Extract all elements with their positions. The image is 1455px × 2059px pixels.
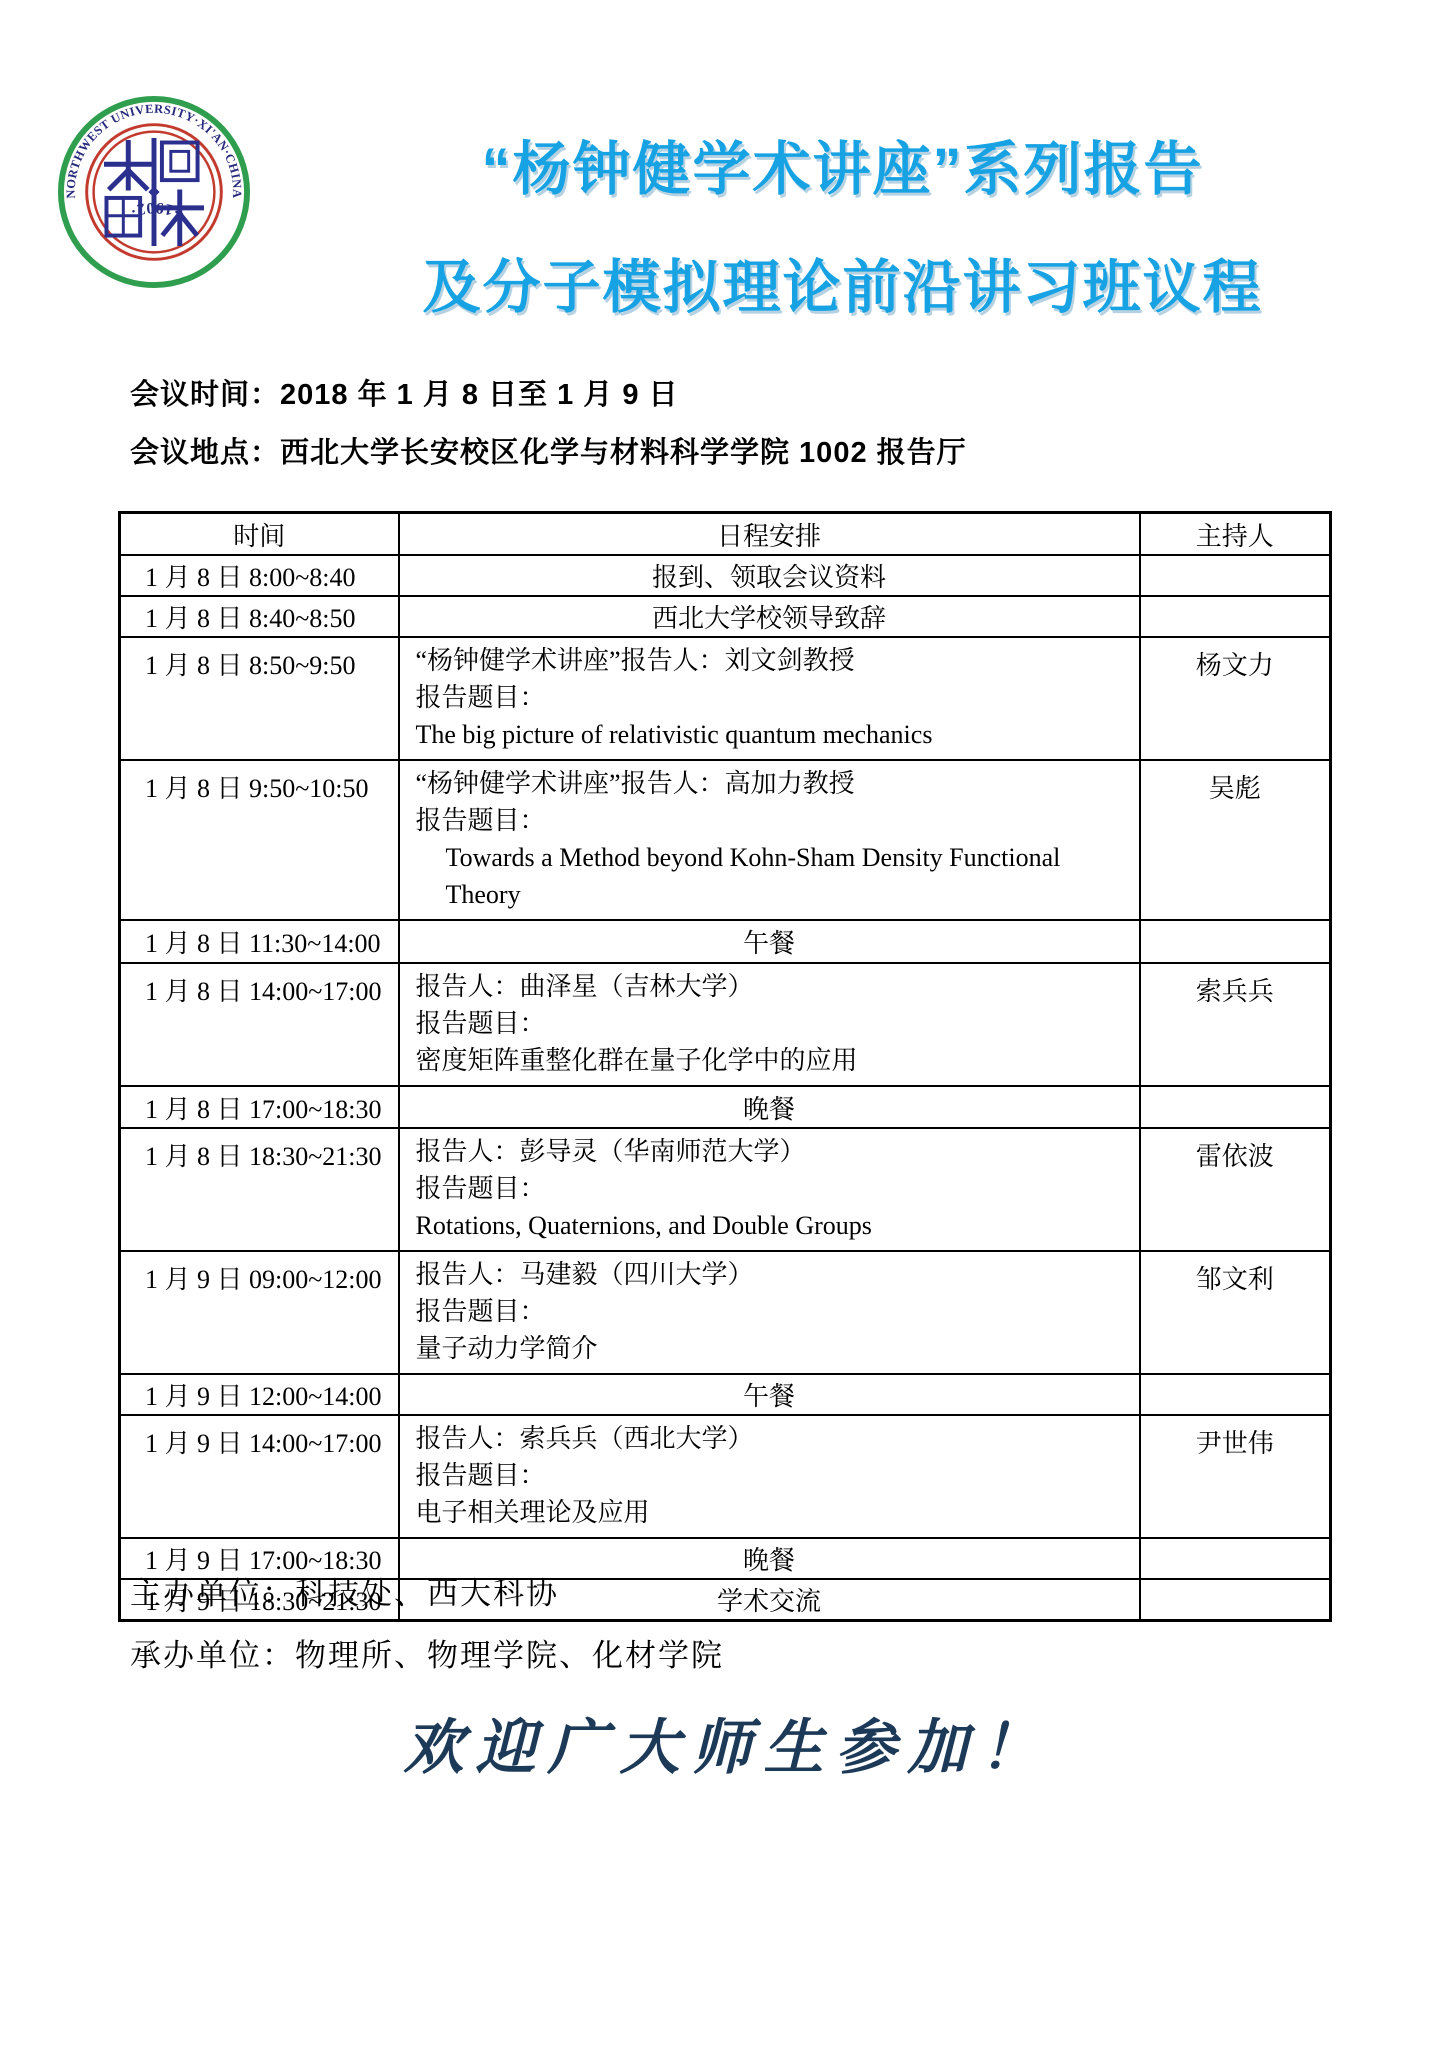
talk-speaker-line: 报告人：马建毅（四川大学） bbox=[416, 1256, 1129, 1293]
talk-title-label: 报告题目： bbox=[416, 679, 1129, 716]
talk-title-label: 报告题目： bbox=[416, 802, 1129, 839]
time-cell: 1 月 9 日 14:00~17:00 bbox=[120, 1415, 399, 1538]
agenda-cell: 报到、领取会议资料 bbox=[399, 555, 1140, 596]
talk-speaker-line: “杨钟健学术讲座”报告人：高加力教授 bbox=[416, 765, 1129, 802]
agenda-cell: “杨钟健学术讲座”报告人：刘文剑教授 报告题目： The big picture… bbox=[399, 637, 1140, 760]
header-moderator: 主持人 bbox=[1140, 513, 1331, 556]
table-row: 1 月 9 日 12:00~14:00 午餐 bbox=[120, 1374, 1331, 1415]
talk-speaker-line: 报告人：曲泽星（吉林大学） bbox=[416, 968, 1129, 1005]
moderator-cell bbox=[1140, 1374, 1331, 1415]
time-cell: 1 月 8 日 8:50~9:50 bbox=[120, 637, 399, 760]
talk-title-text: 电子相关理论及应用 bbox=[416, 1494, 1129, 1531]
time-cell: 1 月 8 日 17:00~18:30 bbox=[120, 1086, 399, 1128]
moderator-cell bbox=[1140, 1538, 1331, 1579]
table-row: 1 月 8 日 8:00~8:40 报到、领取会议资料 bbox=[120, 555, 1331, 596]
table-row: 1 月 9 日 09:00~12:00 报告人：马建毅（四川大学） 报告题目： … bbox=[120, 1251, 1331, 1374]
time-cell: 1 月 8 日 11:30~14:00 bbox=[120, 920, 399, 963]
moderator-cell bbox=[1140, 596, 1331, 637]
table-header-row: 时间 日程安排 主持人 bbox=[120, 513, 1331, 556]
talk-speaker-line: 报告人：彭导灵（华南师范大学） bbox=[416, 1133, 1129, 1170]
agenda-document-page: NORTHWEST UNIVERSITY·XI'AN·CHINA ·1902· bbox=[0, 0, 1455, 2059]
moderator-cell: 尹世伟 bbox=[1140, 1415, 1331, 1538]
talk-title-label: 报告题目： bbox=[416, 1005, 1129, 1042]
time-cell: 1 月 9 日 09:00~12:00 bbox=[120, 1251, 399, 1374]
time-cell: 1 月 8 日 8:40~8:50 bbox=[120, 596, 399, 637]
table-row: 1 月 8 日 18:30~21:30 报告人：彭导灵（华南师范大学） 报告题目… bbox=[120, 1128, 1331, 1251]
talk-title-text: Rotations, Quaternions, and Double Group… bbox=[416, 1207, 1129, 1244]
time-cell: 1 月 9 日 17:00~18:30 bbox=[120, 1538, 399, 1579]
agenda-cell: 午餐 bbox=[399, 1374, 1140, 1415]
title-line-2: 及分子模拟理论前沿讲习班议程 bbox=[290, 256, 1395, 320]
table-row: 1 月 8 日 9:50~10:50 “杨钟健学术讲座”报告人：高加力教授 报告… bbox=[120, 760, 1331, 920]
agenda-cell: 西北大学校领导致辞 bbox=[399, 596, 1140, 637]
table-row: 1 月 9 日 14:00~17:00 报告人：索兵兵（西北大学） 报告题目： … bbox=[120, 1415, 1331, 1538]
moderator-cell: 吴彪 bbox=[1140, 760, 1331, 920]
talk-title-text: Towards a Method beyond Kohn-Sham Densit… bbox=[416, 839, 1129, 913]
moderator-cell: 邹文利 bbox=[1140, 1251, 1331, 1374]
schedule-table: 时间 日程安排 主持人 1 月 8 日 8:00~8:40 报到、领取会议资料 … bbox=[118, 511, 1332, 1622]
talk-title-label: 报告题目： bbox=[416, 1170, 1129, 1207]
table-row: 1 月 8 日 14:00~17:00 报告人：曲泽星（吉林大学） 报告题目： … bbox=[120, 963, 1331, 1086]
time-cell: 1 月 8 日 8:00~8:40 bbox=[120, 555, 399, 596]
agenda-cell: 报告人：马建毅（四川大学） 报告题目： 量子动力学简介 bbox=[399, 1251, 1140, 1374]
agenda-cell: 晚餐 bbox=[399, 1538, 1140, 1579]
moderator-cell bbox=[1140, 920, 1331, 963]
organizer-line: 主办单位：科技处、西大科协 bbox=[130, 1576, 559, 1612]
header-time: 时间 bbox=[120, 513, 399, 556]
undertaker-line: 承办单位：物理所、物理学院、化材学院 bbox=[130, 1638, 724, 1674]
welcome-calligraphy: 欢迎广大师生参加！ bbox=[0, 1700, 1455, 1786]
table-row: 1 月 8 日 8:50~9:50 “杨钟健学术讲座”报告人：刘文剑教授 报告题… bbox=[120, 637, 1331, 760]
agenda-cell: 报告人：索兵兵（西北大学） 报告题目： 电子相关理论及应用 bbox=[399, 1415, 1140, 1538]
agenda-cell: 晚餐 bbox=[399, 1086, 1140, 1128]
time-cell: 1 月 8 日 14:00~17:00 bbox=[120, 963, 399, 1086]
moderator-cell: 雷依波 bbox=[1140, 1128, 1331, 1251]
time-cell: 1 月 9 日 12:00~14:00 bbox=[120, 1374, 399, 1415]
talk-title-text: 密度矩阵重整化群在量子化学中的应用 bbox=[416, 1042, 1129, 1079]
time-cell: 1 月 8 日 9:50~10:50 bbox=[120, 760, 399, 920]
talk-title-label: 报告题目： bbox=[416, 1457, 1129, 1494]
talk-speaker-line: “杨钟健学术讲座”报告人：刘文剑教授 bbox=[416, 642, 1129, 679]
moderator-cell bbox=[1140, 1579, 1331, 1621]
header-agenda: 日程安排 bbox=[399, 513, 1140, 556]
moderator-cell bbox=[1140, 1086, 1331, 1128]
moderator-cell: 杨文力 bbox=[1140, 637, 1331, 760]
agenda-cell: “杨钟健学术讲座”报告人：高加力教授 报告题目： Towards a Metho… bbox=[399, 760, 1140, 920]
agenda-cell: 午餐 bbox=[399, 920, 1140, 963]
agenda-cell: 报告人：彭导灵（华南师范大学） 报告题目： Rotations, Quatern… bbox=[399, 1128, 1140, 1251]
title-line-1: “杨钟健学术讲座”系列报告 bbox=[290, 138, 1395, 202]
table-row: 1 月 8 日 17:00~18:30 晚餐 bbox=[120, 1086, 1331, 1128]
talk-title-text: 量子动力学简介 bbox=[416, 1330, 1129, 1367]
talk-title-text: The big picture of relativistic quantum … bbox=[416, 716, 1129, 753]
table-row: 1 月 9 日 17:00~18:30 晚餐 bbox=[120, 1538, 1331, 1579]
talk-speaker-line: 报告人：索兵兵（西北大学） bbox=[416, 1420, 1129, 1457]
agenda-cell: 报告人：曲泽星（吉林大学） 报告题目： 密度矩阵重整化群在量子化学中的应用 bbox=[399, 963, 1140, 1086]
meeting-time-line: 会议时间：2018 年 1 月 8 日至 1 月 9 日 bbox=[130, 378, 679, 412]
table-row: 1 月 8 日 8:40~8:50 西北大学校领导致辞 bbox=[120, 596, 1331, 637]
moderator-cell bbox=[1140, 555, 1331, 596]
table-row: 1 月 8 日 11:30~14:00 午餐 bbox=[120, 920, 1331, 963]
university-seal-logo: NORTHWEST UNIVERSITY·XI'AN·CHINA ·1902· bbox=[55, 93, 253, 291]
moderator-cell: 索兵兵 bbox=[1140, 963, 1331, 1086]
time-cell: 1 月 8 日 18:30~21:30 bbox=[120, 1128, 399, 1251]
document-title: “杨钟健学术讲座”系列报告 及分子模拟理论前沿讲习班议程 bbox=[290, 138, 1395, 320]
talk-title-label: 报告题目： bbox=[416, 1293, 1129, 1330]
meeting-venue-line: 会议地点：西北大学长安校区化学与材料科学学院 1002 报告厅 bbox=[130, 436, 967, 470]
